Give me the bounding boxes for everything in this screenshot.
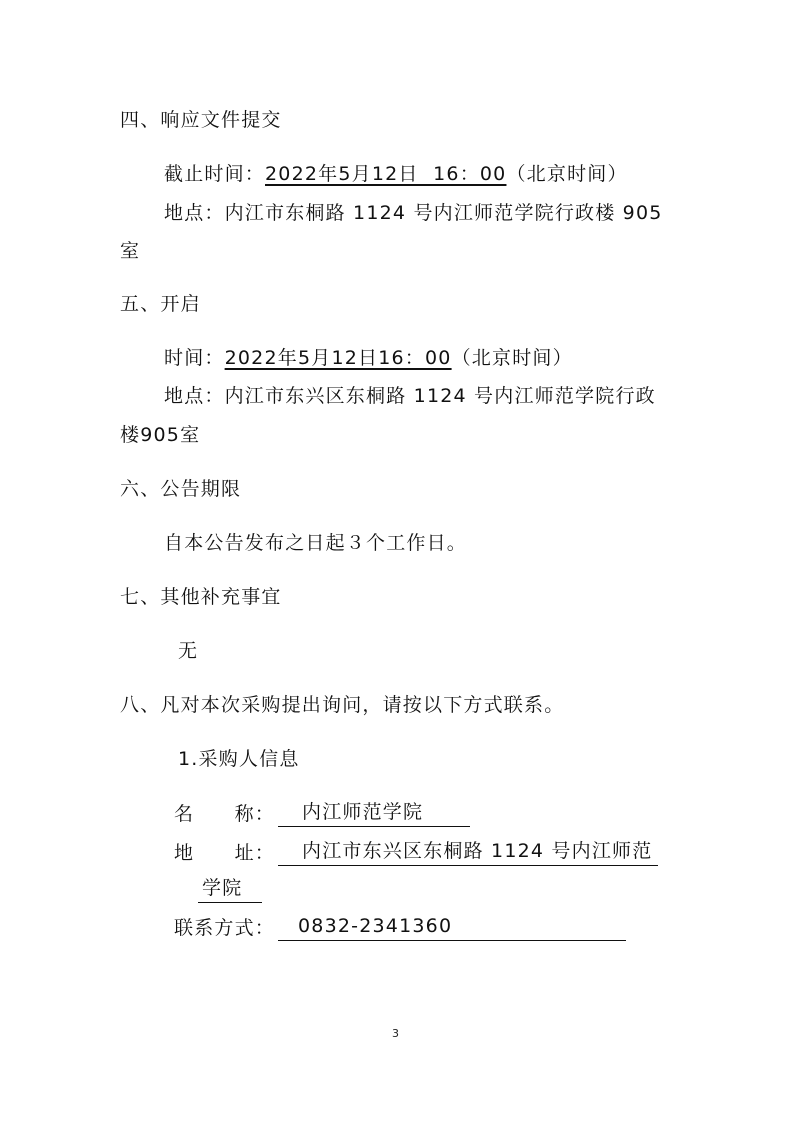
purchaser-address-label: 地 址： <box>174 841 275 865</box>
page-number: 3 <box>392 1027 399 1040</box>
purchaser-contact-text: 0832-2341360 <box>278 915 452 937</box>
submission-location-row: 地点：内江市东桐路 1124 号内江师范学院行政楼 905 <box>164 201 663 225</box>
purchaser-contact-label: 联系方式： <box>174 916 275 940</box>
purchaser-info-heading: 1.采购人信息 <box>178 747 300 771</box>
deadline-suffix: （北京时间） <box>506 163 627 185</box>
opening-time-row: 时间：2022年5月12日16：00（北京时间） <box>164 346 573 370</box>
submission-location-label: 地点： <box>164 202 225 224</box>
purchaser-address-continued-text: 学院 <box>198 877 242 899</box>
section-8-heading: 八、凡对本次采购提出询问，请按以下方式联系。 <box>120 693 564 717</box>
purchaser-name-value: 内江师范学院 <box>278 800 470 827</box>
section-6-heading: 六、公告期限 <box>120 477 241 501</box>
opening-time-suffix: （北京时间） <box>452 347 573 369</box>
section-4-heading: 四、响应文件提交 <box>120 108 282 132</box>
submission-location-continued: 室 <box>120 239 140 263</box>
announcement-period-text: 自本公告发布之日起３个工作日。 <box>164 531 467 555</box>
purchaser-address-value: 内江市东兴区东桐路 1124 号内江师范 <box>278 839 658 866</box>
other-matters-text: 无 <box>178 639 198 663</box>
opening-location-continued: 楼905室 <box>120 423 200 447</box>
purchaser-name-label: 名 称： <box>174 802 275 826</box>
opening-location-label: 地点： <box>164 385 225 407</box>
deadline-row: 截止时间：2022年5月12日 16：00（北京时间） <box>164 162 628 186</box>
purchaser-contact-value: 0832-2341360 <box>278 914 626 941</box>
purchaser-address-continued: 学院 <box>198 876 262 903</box>
deadline-value: 2022年5月12日 16：00 <box>265 163 506 185</box>
opening-location-value: 内江市东兴区东桐路 1124 号内江师范学院行政 <box>225 385 656 407</box>
purchaser-address-text: 内江市东兴区东桐路 1124 号内江师范 <box>278 840 652 862</box>
opening-time-label: 时间： <box>164 347 225 369</box>
opening-time-value: 2022年5月12日16：00 <box>225 347 452 369</box>
submission-location-value: 内江市东桐路 1124 号内江师范学院行政楼 905 <box>225 202 663 224</box>
purchaser-name-text: 内江师范学院 <box>278 801 423 823</box>
section-7-heading: 七、其他补充事宜 <box>120 585 282 609</box>
deadline-label: 截止时间： <box>164 163 265 185</box>
opening-location-row: 地点：内江市东兴区东桐路 1124 号内江师范学院行政 <box>164 384 656 408</box>
section-5-heading: 五、开启 <box>120 292 201 316</box>
